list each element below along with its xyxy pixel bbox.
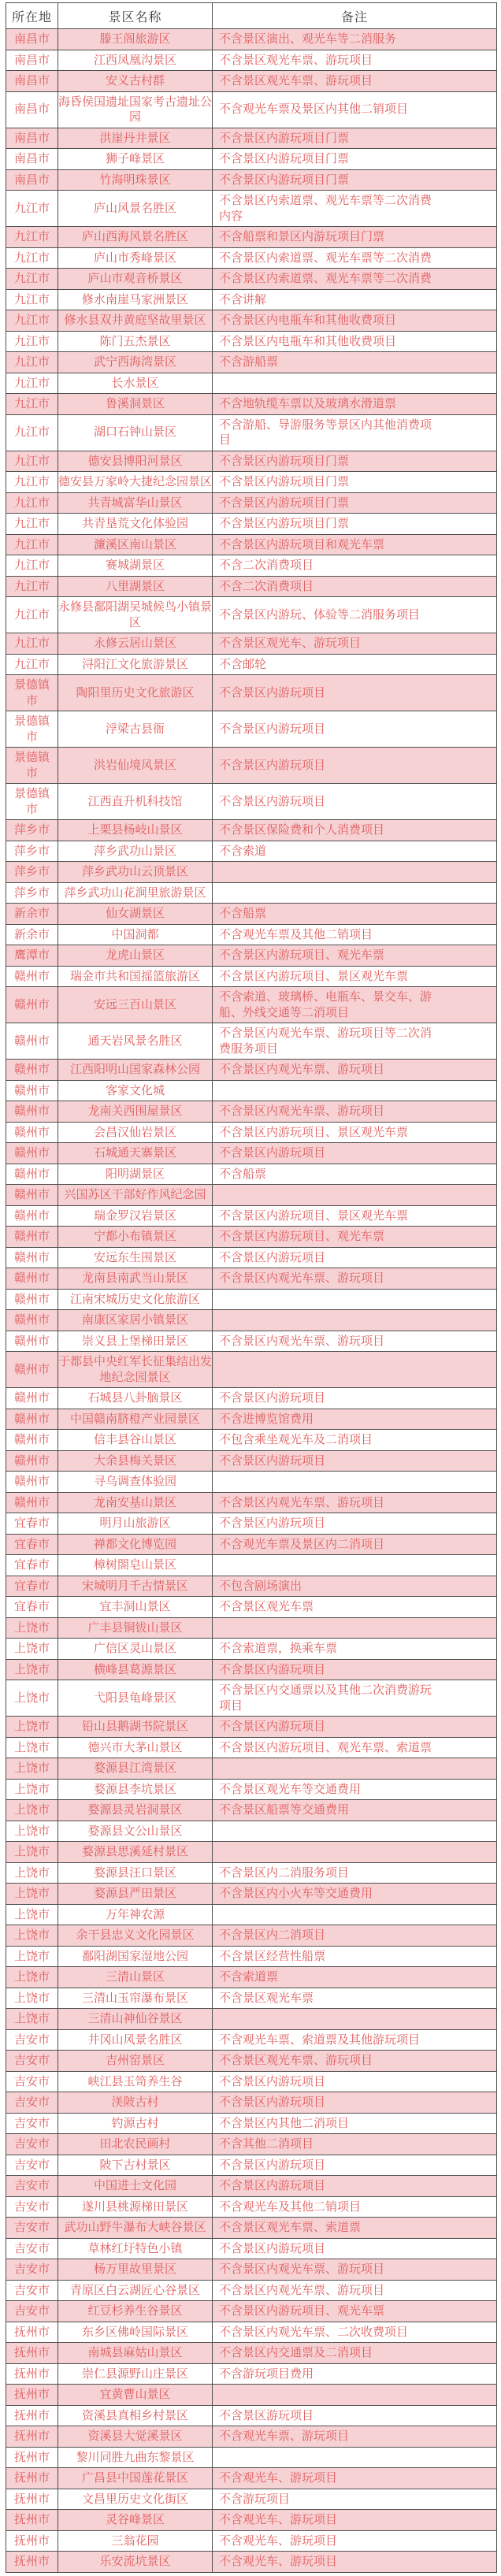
location-cell: 景德镇市 (6, 748, 58, 784)
location-cell: 赣州市 (6, 1352, 58, 1388)
location-cell: 赣州市 (6, 1247, 58, 1268)
scenic-area-name-cell: 崇义县上堡梯田景区 (58, 1331, 213, 1352)
scenic-area-name-cell: 濂溪区南山景区 (58, 534, 213, 555)
scenic-area-name-cell: 南城县麻姑山景区 (58, 2343, 213, 2364)
scenic-area-name-cell: 婺源县文公山景区 (58, 1821, 213, 1842)
table-row: 鹰潭市龙虎山景区不含景区内游玩项目、观光车票 (6, 945, 497, 967)
table-row: 赣州市瑞金市共和国摇篮旅游区不含景区内游玩项目、景区观光车票 (6, 966, 497, 987)
remarks-cell: 不含地轨缆车票以及玻璃水滑道票 (213, 394, 497, 415)
remarks-cell (213, 373, 497, 394)
location-cell: 赣州市 (6, 987, 58, 1023)
table-row: 吉安市青原区白云湖匠心谷景区不含景区内观光车票、游玩项目 (6, 2280, 497, 2301)
scenic-area-name-cell: 兴国苏区干部好作风纪念园 (58, 1185, 213, 1206)
table-row: 九江市鲁溪洞景区不含地轨缆车票以及玻璃水滑道票 (6, 394, 497, 415)
table-row: 上饶市三清山神仙谷景区 (6, 2009, 497, 2030)
table-row: 上饶市德兴市大茅山景区不含景区内游玩项目、观光车票、索道票 (6, 1737, 497, 1758)
scenic-area-name-cell: 信丰县谷山景区 (58, 1430, 213, 1451)
remarks-cell: 不含景区观光车票、索道票 (213, 2218, 497, 2239)
scenic-area-name-cell: 庐山西海风景名胜区 (58, 227, 213, 248)
table-row: 吉安市吉州窑景区不含景区观光车票、游玩项目 (6, 2051, 497, 2072)
scenic-area-name-cell: 宜丰洞山景区 (58, 1597, 213, 1618)
table-row: 抚州市南城县麻姑山景区不含景区内交通票及二消项目 (6, 2343, 497, 2364)
table-row: 上饶市横峰县葛源景区不含景区内游玩项目 (6, 1659, 497, 1680)
remarks-cell: 不含索道票 (213, 1967, 497, 1988)
location-cell: 九江市 (6, 555, 58, 577)
table-row: 上饶市婺源县李坑景区不含景区观光车等交通费用 (6, 1779, 497, 1800)
location-cell: 抚州市 (6, 2426, 58, 2448)
scenic-area-name-cell: 大余县梅关景区 (58, 1450, 213, 1472)
scenic-area-name-cell: 德兴市大茅山景区 (58, 1737, 213, 1758)
table-row: 抚州市广昌县中国莲花景区不含观光车、游玩项目 (6, 2468, 497, 2489)
table-row: 南昌市安义古村群不含景区观光车票、游玩项目 (6, 71, 497, 92)
scenic-area-name-cell: 江南宋城历史文化旅游区 (58, 1289, 213, 1310)
location-cell: 九江市 (6, 472, 58, 493)
remarks-cell: 不含景区内游玩项目 (213, 748, 497, 784)
remarks-cell: 不含景区内观光车票、游玩项目 (213, 1492, 497, 1513)
scenic-area-name-cell: 共青垦荒文化体验园 (58, 514, 213, 535)
table-row: 吉安市中国进士文化园不含景区内游玩项目 (6, 2176, 497, 2197)
scenic-area-name-cell: 萍乡武功山云顶景区 (58, 862, 213, 883)
table-row: 吉安市峡江县玉笥养生谷不含景区内游玩项目 (6, 2071, 497, 2092)
location-cell: 抚州市 (6, 2322, 58, 2343)
remarks-cell: 不含景区内二消项目 (213, 1925, 497, 1947)
location-cell: 九江市 (6, 451, 58, 472)
table-row: 九江市陈门五杰景区不含景区内电瓶车和其他收费项目 (6, 331, 497, 352)
table-row: 九江市永修云居山景区不含景区观光车、游玩项目 (6, 633, 497, 655)
scenic-area-name-cell: 德安县博阳河景区 (58, 451, 213, 472)
location-cell: 上饶市 (6, 1737, 58, 1758)
scenic-area-name-cell: 于都县中央红军长征集结出发地纪念园景区 (58, 1352, 213, 1388)
scenic-area-name-cell: 草林红圩特色小镇 (58, 2238, 213, 2259)
location-cell: 上饶市 (6, 1680, 58, 1717)
remarks-cell: 不含景区观光车、游玩项目 (213, 633, 497, 655)
remarks-cell (213, 1904, 497, 1925)
location-cell: 赣州市 (6, 1185, 58, 1206)
remarks-cell: 不含景区内电瓶车和其他收费项目 (213, 310, 497, 332)
location-cell: 上饶市 (6, 1717, 58, 1738)
table-row: 赣州市安远三百山景区不含索道、玻璃桥、电瓶车、景交车、游船、外线交通等二消项目 (6, 987, 497, 1023)
location-cell: 南昌市 (6, 91, 58, 128)
table-row: 吉安市遂川县桃源梯田景区不含观光车及其他二销项目 (6, 2196, 497, 2218)
remarks-cell: 不含景区船票等交通费用 (213, 1800, 497, 1821)
scenic-area-name-cell: 铅山县鹅湖书院景区 (58, 1717, 213, 1738)
scenic-area-name-cell: 婺源县汪口景区 (58, 1862, 213, 1884)
table-row: 赣州市南康区家居小镇景区 (6, 1310, 497, 1331)
remarks-cell: 不含景区内游玩项目门票 (213, 128, 497, 149)
scenic-area-name-cell: 庐山市秀峰景区 (58, 247, 213, 269)
table-row: 景德镇市陶阳里历史文化旅游区不含景区内游玩项目 (6, 675, 497, 711)
location-cell: 上饶市 (6, 1862, 58, 1884)
scenic-area-name-cell: 横峰县葛源景区 (58, 1659, 213, 1680)
remarks-cell: 不含索道、玻璃桥、电瓶车、景交车、游船、外线交通等二消项目 (213, 987, 497, 1023)
remarks-cell: 不含景区内观光车票、游玩项目 (213, 2259, 497, 2281)
table-row: 赣州市龙南安基山景区不含景区内观光车票、游玩项目 (6, 1492, 497, 1513)
remarks-cell: 不含景区内游玩项目、观光车票 (213, 2301, 497, 2322)
table-row: 抚州市宜黄曹山景区 (6, 2385, 497, 2406)
remarks-cell (213, 1555, 497, 1576)
scenic-area-name-cell: 滕王阁旅游区 (58, 29, 213, 50)
location-cell: 萍乡市 (6, 820, 58, 841)
table-row: 赣州市宁都小布镇景区不含景区内游玩项目、观光车票 (6, 1227, 497, 1248)
remarks-cell: 不含二次消费项目 (213, 555, 497, 577)
table-row: 吉安市渼陂古村不含景区内游玩项目 (6, 2092, 497, 2114)
remarks-cell: 不含景区内观光车票、游玩项目 (213, 1268, 497, 1290)
table-row: 九江市共青垦荒文化体验园不含景区内游玩项目门票 (6, 514, 497, 535)
scenic-area-name-cell: 洪岩仙境风景区 (58, 748, 213, 784)
location-cell: 上饶市 (6, 1925, 58, 1947)
scenic-area-name-cell: 浮梁古县衙 (58, 711, 213, 748)
remarks-cell: 不含讲解 (213, 289, 497, 310)
remarks-cell: 不含景区观光车票、游玩项目 (213, 71, 497, 92)
scenic-area-name-cell: 瑞金罗汉岩景区 (58, 1205, 213, 1227)
table-row: 抚州市黎川同胜九曲东黎景区 (6, 2447, 497, 2468)
location-cell: 抚州市 (6, 2530, 58, 2552)
scenic-area-name-cell: 广丰县铜钹山景区 (58, 1617, 213, 1639)
remarks-cell: 不含景区内游玩项目、景区观光车票 (213, 966, 497, 987)
location-cell: 九江市 (6, 227, 58, 248)
scenic-area-name-cell: 通天岩风景名胜区 (58, 1023, 213, 1060)
scenic-area-name-cell: 婺源县江湾景区 (58, 1758, 213, 1780)
remarks-cell: 不含景区内游玩项目 (213, 1717, 497, 1738)
scenic-area-name-cell: 永修云居山景区 (58, 633, 213, 655)
table-row: 上饶市婺源县江湾景区 (6, 1758, 497, 1780)
table-row: 赣州市兴国苏区干部好作风纪念园 (6, 1185, 497, 1206)
remarks-cell: 不含景区内观光车票、游玩项目等二次消费服务项目 (213, 1023, 497, 1060)
location-cell: 南昌市 (6, 29, 58, 50)
remarks-cell (213, 1472, 497, 1493)
scenic-area-name-cell: 赛城湖景区 (58, 555, 213, 577)
table-row: 宜春市明月山旅游区不含景区内游玩项目 (6, 1513, 497, 1535)
location-cell: 抚州市 (6, 2363, 58, 2385)
scenic-area-name-cell: 南康区家居小镇景区 (58, 1310, 213, 1331)
table-row: 九江市永修县鄱阳湖吴城候鸟小镇景区不含景区内游玩、体验等二消服务项目 (6, 597, 497, 633)
location-cell: 吉安市 (6, 2238, 58, 2259)
remarks-cell: 不含观光车票及景区内二消项目 (213, 1534, 497, 1555)
table-row: 吉安市钓源古村不含景区内其他二消项目 (6, 2113, 497, 2134)
location-cell: 上饶市 (6, 1988, 58, 2009)
scenic-area-name-cell: 武宁西海湾景区 (58, 352, 213, 373)
location-cell: 赣州市 (6, 1388, 58, 1409)
remarks-cell: 不含观光车票、游玩项目 (213, 2426, 497, 2448)
remarks-cell: 不包含剧场演出 (213, 1576, 497, 1597)
remarks-cell: 不含景区保险费和个人消费项目 (213, 820, 497, 841)
scenic-area-name-cell: 鲁溪洞景区 (58, 394, 213, 415)
remarks-cell: 不含观光车票及景区内其他二销项目 (213, 91, 497, 128)
location-cell: 抚州市 (6, 2405, 58, 2426)
table-row: 上饶市余干县忠义文化园景区不含景区内二消项目 (6, 1925, 497, 1947)
location-cell: 抚州市 (6, 2489, 58, 2510)
scenic-area-name-cell: 宁都小布镇景区 (58, 1227, 213, 1248)
scenic-area-name-cell: 鄱阳湖国家湿地公园 (58, 1946, 213, 1967)
scenic-area-notice-page: 所在地 景区名称 备注 南昌市滕王阁旅游区不含景区演出、观光车等二消服务南昌市江… (0, 0, 501, 2576)
location-cell: 九江市 (6, 633, 58, 655)
table-row: 赣州市通天岩风景名胜区不含景区内观光车票、游玩项目等二次消费服务项目 (6, 1023, 497, 1060)
remarks-cell: 不含景区内观光车票、游玩项目 (213, 2280, 497, 2301)
table-row: 景德镇市洪岩仙境风景区不含景区内游玩项目 (6, 748, 497, 784)
remarks-cell: 不含景区内游玩项目 (213, 1513, 497, 1535)
location-cell: 抚州市 (6, 2385, 58, 2406)
scenic-area-name-cell: 德安县万家岭大捷纪念园景区 (58, 472, 213, 493)
location-cell: 抚州市 (6, 2447, 58, 2468)
remarks-cell: 不含邮轮 (213, 654, 497, 675)
scenic-area-name-cell: 上栗县杨岐山景区 (58, 820, 213, 841)
location-cell: 宜春市 (6, 1597, 58, 1618)
table-row: 抚州市乐安流坑景区不含观光车、游玩项目 (6, 2552, 497, 2573)
scenic-area-name-cell: 明月山旅游区 (58, 1513, 213, 1535)
scenic-area-name-cell: 万年神农源 (58, 1904, 213, 1925)
scenic-area-name-cell: 吉州窑景区 (58, 2051, 213, 2072)
remarks-cell: 不含景区内其他二消项目 (213, 2113, 497, 2134)
scenic-area-table: 所在地 景区名称 备注 南昌市滕王阁旅游区不含景区演出、观光车等二消服务南昌市江… (6, 2, 497, 2573)
location-cell: 赣州市 (6, 1430, 58, 1451)
table-row: 九江市修水县双井黄庭坚故里景区不含景区内电瓶车和其他收费项目 (6, 310, 497, 332)
table-row: 抚州市东乡区佛岭国际景区不含景区内观光车票、二次收费项目 (6, 2322, 497, 2343)
table-row: 赣州市寻乌调查体验园 (6, 1472, 497, 1493)
table-row: 上饶市广信区灵山景区不含索道票，换乘车票 (6, 1639, 497, 1660)
location-cell: 赣州市 (6, 1472, 58, 1493)
location-cell: 吉安市 (6, 2029, 58, 2051)
table-row: 赣州市中国赣南脐橙产业园景区不含进博览馆费用 (6, 1409, 497, 1430)
location-cell: 上饶市 (6, 1842, 58, 1863)
table-row: 赣州市会昌汉仙岩景区不含景区内游玩项目、景区观光车票 (6, 1122, 497, 1143)
scenic-area-name-cell: 长水景区 (58, 373, 213, 394)
table-row: 上饶市弋阳县龟峰景区不含景区内交通票以及其他二次消费游玩项目 (6, 1680, 497, 1717)
table-row: 萍乡市萍乡武功山花涧里旅游景区 (6, 882, 497, 904)
location-cell: 抚州市 (6, 2468, 58, 2489)
remarks-cell: 不含船票 (213, 904, 497, 925)
remarks-cell: 不含景区内游玩项目 (213, 1659, 497, 1680)
table-row: 上饶市婺源县灵岩洞景区不含景区船票等交通费用 (6, 1800, 497, 1821)
location-cell: 南昌市 (6, 169, 58, 191)
remarks-cell: 不含景区观光车票、游玩项目 (213, 2051, 497, 2072)
table-row: 上饶市婺源县严田景区不含景区内小火车等交通费用 (6, 1884, 497, 1905)
remarks-cell: 不含景区内游玩项目、景区观光车票 (213, 1205, 497, 1227)
location-cell: 赣州市 (6, 1122, 58, 1143)
scenic-area-name-cell: 石城县八卦脑景区 (58, 1388, 213, 1409)
scenic-area-name-cell: 永修县鄱阳湖吴城候鸟小镇景区 (58, 597, 213, 633)
table-row: 九江市庐山市观音桥景区不含景区内索道票、观光车票等二次消费 (6, 269, 497, 290)
remarks-cell: 不含景区内游玩项目门票 (213, 514, 497, 535)
remarks-cell: 不含景区观光车票 (213, 1988, 497, 2009)
remarks-cell: 不含景区内观光车票、游玩项目 (213, 1331, 497, 1352)
remarks-cell (213, 2447, 497, 2468)
remarks-cell (213, 2009, 497, 2030)
table-row: 上饶市三清山玉帘瀑布景区不含景区观光车票 (6, 1988, 497, 2009)
remarks-cell (213, 1310, 497, 1331)
remarks-cell: 不含景区内游玩项目 (213, 1143, 497, 1164)
remarks-cell (213, 1352, 497, 1388)
location-cell: 上饶市 (6, 1946, 58, 1967)
scenic-area-name-cell: 陈门五杰景区 (58, 331, 213, 352)
scenic-area-name-cell: 广昌县中国莲花景区 (58, 2468, 213, 2489)
table-row: 赣州市阳明湖景区不含船票 (6, 1164, 497, 1185)
scenic-area-name-cell: 中国进士文化园 (58, 2176, 213, 2197)
table-row: 赣州市江南宋城历史文化旅游区 (6, 1289, 497, 1310)
remarks-cell: 不含景区内游玩项目 (213, 1388, 497, 1409)
remarks-cell: 不含景区内游玩项目 (213, 2071, 497, 2092)
scenic-area-name-cell: 八里湖景区 (58, 576, 213, 597)
table-row: 新余市中国洞都不含观光车票及其他二销项目 (6, 924, 497, 945)
table-row: 赣州市石城县八卦脑景区不含景区内游玩项目 (6, 1388, 497, 1409)
scenic-area-name-cell: 余干县忠义文化园景区 (58, 1925, 213, 1947)
remarks-cell: 不含景区内游玩项目门票 (213, 149, 497, 170)
remarks-cell: 不含景区内游玩项目门票 (213, 451, 497, 472)
table-row: 抚州市三翁花园不含观光车、游玩项目 (6, 2530, 497, 2552)
column-header-scenic-area-name: 景区名称 (58, 3, 213, 29)
scenic-area-name-cell: 红豆杉养生谷景区 (58, 2301, 213, 2322)
scenic-area-name-cell: 瑞金市共和国摇篮旅游区 (58, 966, 213, 987)
location-cell: 上饶市 (6, 1659, 58, 1680)
column-header-remarks: 备注 (213, 3, 497, 29)
remarks-cell: 不含景区内游玩项目 (213, 1450, 497, 1472)
table-row: 上饶市婺源县文公山景区 (6, 1821, 497, 1842)
location-cell: 宜春市 (6, 1534, 58, 1555)
location-cell: 上饶市 (6, 1884, 58, 1905)
table-row: 抚州市资溪县大觉溪景区不含观光车票、游玩项目 (6, 2426, 497, 2448)
remarks-cell: 不含景区内观光车票、游玩项目 (213, 1060, 497, 1081)
scenic-area-name-cell: 竹海明珠景区 (58, 169, 213, 191)
remarks-cell (213, 1842, 497, 1863)
scenic-area-name-cell: 湖口石钟山景区 (58, 414, 213, 451)
scenic-area-name-cell: 狮子峰景区 (58, 149, 213, 170)
table-row: 萍乡市上栗县杨岐山景区不含景区保险费和个人消费项目 (6, 820, 497, 841)
location-cell: 九江市 (6, 373, 58, 394)
remarks-cell: 不含二次消费项目 (213, 576, 497, 597)
table-row: 吉安市武功山野牛瀑布大峡谷景区不含景区观光车票、索道票 (6, 2218, 497, 2239)
remarks-cell: 不含景区内索道票、观光车票等二次消费 (213, 247, 497, 269)
scenic-area-name-cell: 资溪县大觉溪景区 (58, 2426, 213, 2448)
remarks-cell: 不含景区内电瓶车和其他收费项目 (213, 331, 497, 352)
location-cell: 赣州市 (6, 1205, 58, 1227)
location-cell: 景德镇市 (6, 784, 58, 820)
remarks-cell (213, 882, 497, 904)
table-row: 宜春市宜丰洞山景区不含景区观光车票 (6, 1597, 497, 1618)
table-row: 赣州市江西阳明山国家森林公园不含景区内观光车票、游玩项目 (6, 1060, 497, 1081)
remarks-cell: 不含景区内游玩项目 (213, 2176, 497, 2197)
table-row: 抚州市灵谷峰景区不含观光车、游玩项目 (6, 2510, 497, 2531)
location-cell: 赣州市 (6, 1080, 58, 1101)
table-row: 九江市德安县博阳河景区不含景区内游玩项目门票 (6, 451, 497, 472)
location-cell: 九江市 (6, 331, 58, 352)
location-cell: 赣州市 (6, 1409, 58, 1430)
table-row: 南昌市洪崖丹井景区不含景区内游玩项目门票 (6, 128, 497, 149)
remarks-cell: 不含景区内观光车票、二次收费项目 (213, 2322, 497, 2343)
location-cell: 抚州市 (6, 2510, 58, 2531)
remarks-cell (213, 1617, 497, 1639)
location-cell: 九江市 (6, 492, 58, 514)
location-cell: 九江市 (6, 269, 58, 290)
remarks-cell: 不含景区演出、观光车等二消服务 (213, 29, 497, 50)
remarks-cell: 不含游玩项目费用 (213, 2363, 497, 2385)
table-row: 九江市浔阳江文化旅游景区不含邮轮 (6, 654, 497, 675)
location-cell: 九江市 (6, 654, 58, 675)
location-cell: 赣州市 (6, 1143, 58, 1164)
scenic-area-name-cell: 宋城明月千古情景区 (58, 1576, 213, 1597)
location-cell: 赣州市 (6, 1227, 58, 1248)
location-cell: 吉安市 (6, 2301, 58, 2322)
scenic-area-name-cell: 龙南安基山景区 (58, 1492, 213, 1513)
table-row: 赣州市客家文化城 (6, 1080, 497, 1101)
location-cell: 南昌市 (6, 71, 58, 92)
table-row: 宜春市樟树閤皂山景区 (6, 1555, 497, 1576)
table-row: 南昌市竹海明珠景区不含景区内游玩项目门票 (6, 169, 497, 191)
location-cell: 吉安市 (6, 2092, 58, 2114)
table-row: 宜春市宋城明月千古情景区不包含剧场演出 (6, 1576, 497, 1597)
table-body: 南昌市滕王阁旅游区不含景区演出、观光车等二消服务南昌市江西凤凰沟景区不含景区观光… (6, 29, 497, 2573)
scenic-area-name-cell: 浔阳江文化旅游景区 (58, 654, 213, 675)
remarks-cell: 不含游玩项目 (213, 2489, 497, 2510)
scenic-area-name-cell: 江西凤凰沟景区 (58, 50, 213, 71)
scenic-area-name-cell: 修水县双井黄庭坚故里景区 (58, 310, 213, 332)
remarks-cell: 不含景区内游玩项目 (213, 2092, 497, 2114)
location-cell: 九江市 (6, 247, 58, 269)
location-cell: 上饶市 (6, 1904, 58, 1925)
location-cell: 上饶市 (6, 1779, 58, 1800)
remarks-cell: 不含观光车、游玩项目 (213, 2530, 497, 2552)
scenic-area-name-cell: 客家文化城 (58, 1080, 213, 1101)
remarks-cell: 不含景区内二消服务项目 (213, 1862, 497, 1884)
table-row: 九江市庐山市秀峰景区不含景区内索道票、观光车票等二次消费 (6, 247, 497, 269)
remarks-cell: 不含景区内交通票及二消项目 (213, 2343, 497, 2364)
table-row: 赣州市崇义县上堡梯田景区不含景区内观光车票、游玩项目 (6, 1331, 497, 1352)
location-cell: 吉安市 (6, 2259, 58, 2281)
location-cell: 上饶市 (6, 1639, 58, 1660)
remarks-cell: 不含景区内游玩项目、观光车票 (213, 945, 497, 967)
location-cell: 赣州市 (6, 1023, 58, 1060)
scenic-area-name-cell: 陶阳里历史文化旅游区 (58, 675, 213, 711)
table-row: 萍乡市萍乡武功山景区不含索道 (6, 841, 497, 862)
remarks-cell: 不含景区内游玩项目和观光车票 (213, 534, 497, 555)
location-cell: 宜春市 (6, 1555, 58, 1576)
table-row: 赣州市龙南关西围屋景区不含景区内观光车票、游玩项目 (6, 1101, 497, 1123)
location-cell: 九江市 (6, 310, 58, 332)
location-cell: 九江市 (6, 597, 58, 633)
location-cell: 鹰潭市 (6, 945, 58, 967)
scenic-area-name-cell: 三翁花园 (58, 2530, 213, 2552)
remarks-cell: 不含观光车、游玩项目 (213, 2510, 497, 2531)
remarks-cell: 不含景区游玩项目 (213, 2405, 497, 2426)
table-row: 上饶市广丰县铜钹山景区 (6, 1617, 497, 1639)
remarks-cell: 不含索道 (213, 841, 497, 862)
table-row: 景德镇市浮梁古县衙不含景区内游玩项目 (6, 711, 497, 748)
table-row: 九江市长水景区 (6, 373, 497, 394)
table-row: 南昌市狮子峰景区不含景区内游玩项目门票 (6, 149, 497, 170)
scenic-area-name-cell: 庐山市观音桥景区 (58, 269, 213, 290)
remarks-cell: 不含景区观光车票、游玩项目 (213, 50, 497, 71)
remarks-cell: 不含景区内观光车票、游玩项目 (213, 1101, 497, 1123)
table-row: 上饶市三清山景区不含索道票 (6, 1967, 497, 1988)
remarks-cell (213, 1758, 497, 1780)
table-row: 南昌市江西凤凰沟景区不含景区观光车票、游玩项目 (6, 50, 497, 71)
table-row: 九江市武宁西海湾景区不含游船票 (6, 352, 497, 373)
table-row: 赣州市于都县中央红军长征集结出发地纪念园景区 (6, 1352, 497, 1388)
table-row: 南昌市滕王阁旅游区不含景区演出、观光车等二消服务 (6, 29, 497, 50)
scenic-area-name-cell: 峡江县玉笥养生谷 (58, 2071, 213, 2092)
scenic-area-name-cell: 寻乌调查体验园 (58, 1472, 213, 1493)
location-cell: 九江市 (6, 289, 58, 310)
table-row: 九江市八里湖景区不含二次消费项目 (6, 576, 497, 597)
scenic-area-name-cell: 龙南县南武当山景区 (58, 1268, 213, 1290)
remarks-cell: 不包含乘坐观光车及二消项目 (213, 1430, 497, 1451)
scenic-area-name-cell: 海昏侯国遗址国家考古遗址公园 (58, 91, 213, 128)
scenic-area-name-cell: 三清山神仙谷景区 (58, 2009, 213, 2030)
scenic-area-name-cell: 共青城富华山景区 (58, 492, 213, 514)
location-cell: 南昌市 (6, 50, 58, 71)
table-row: 九江市庐山风景名胜区不含景区内索道票、观光车票等二次消费内容 (6, 191, 497, 227)
scenic-area-name-cell: 广信区灵山景区 (58, 1639, 213, 1660)
remarks-cell: 不含景区经营性船票 (213, 1946, 497, 1967)
scenic-area-name-cell: 杨万里故里景区 (58, 2259, 213, 2281)
